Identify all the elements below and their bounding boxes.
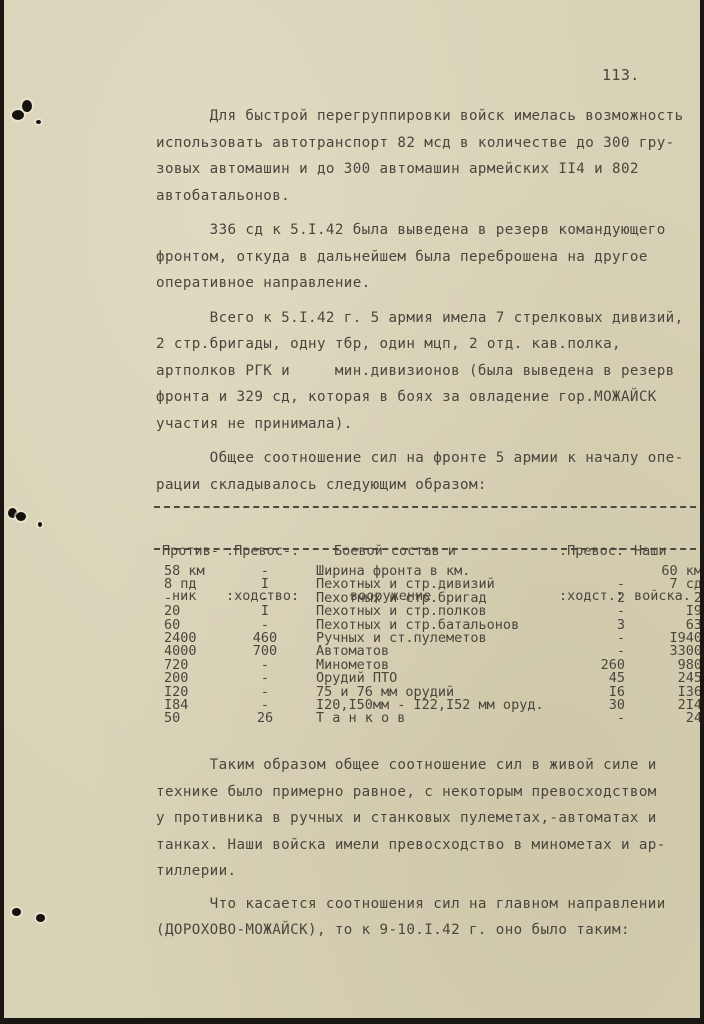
cell-our-superiority: - (589, 713, 625, 725)
punch-hole (36, 120, 41, 124)
text-line: технике было примерно равное, с некоторы… (156, 779, 657, 805)
punch-hole (38, 522, 42, 527)
text-line: рации складывалось следующим образом: (156, 472, 487, 498)
punch-hole (22, 100, 32, 112)
text-line: участия не принимала). (156, 411, 353, 437)
text-line: артполков РГК и мин.дивизионов (была выв… (156, 358, 675, 384)
text-line: фронта и 329 сд, которая в боях за овлад… (156, 384, 657, 410)
document-page: 113. Для быстрой перегруппировки войск и… (4, 0, 700, 1018)
text-line: оперативное направление. (156, 270, 371, 296)
table-rule-top (154, 506, 700, 508)
text-line: фронтом, откуда в дальнейшем была перебр… (156, 244, 648, 270)
text-line: тиллерии. (156, 858, 236, 884)
text-line: Таким образом общее соотношение сил в жи… (156, 752, 657, 778)
table-rule-header (154, 548, 700, 550)
text-line: использовать автотранспорт 82 мсд в коли… (156, 130, 675, 156)
text-line: зовых автомашин и до 300 автомашин армей… (156, 156, 639, 182)
text-line: Для быстрой перегруппировки войск имелас… (156, 103, 684, 129)
text-line: Общее соотношение сил на фронте 5 армии … (156, 445, 684, 471)
punch-hole (16, 512, 26, 521)
page-number: 113. (602, 66, 640, 84)
punch-hole (12, 110, 24, 120)
cell-ours: 24 (636, 713, 700, 725)
text-line: Что касается соотношения сил на главном … (156, 891, 666, 917)
cell-ours: 7 сд (636, 579, 700, 591)
cell-enemy: 50 (164, 713, 224, 725)
cell-item: Т а н к о в (316, 713, 405, 725)
punch-hole (12, 908, 21, 916)
text-line: (ДОРОХОВО-МОЖАЙСК), то к 9-10.I.42 г. он… (156, 917, 630, 943)
text-line: у противника в ручных и станковых пулеме… (156, 805, 657, 831)
text-line: 336 сд к 5.I.42 была выведена в резерв к… (156, 217, 666, 243)
cell-enemy: 8 пд (164, 579, 224, 591)
punch-hole (36, 914, 45, 922)
text-line: танках. Наши войска имели превосходство … (156, 832, 666, 858)
text-line: автобатальонов. (156, 183, 290, 209)
cell-enemy-superiority: 26 (240, 713, 290, 725)
text-line: 2 стр.бригады, одну тбр, один мцп, 2 отд… (156, 331, 621, 357)
text-line: Всего к 5.I.42 г. 5 армия имела 7 стрелк… (156, 305, 684, 331)
